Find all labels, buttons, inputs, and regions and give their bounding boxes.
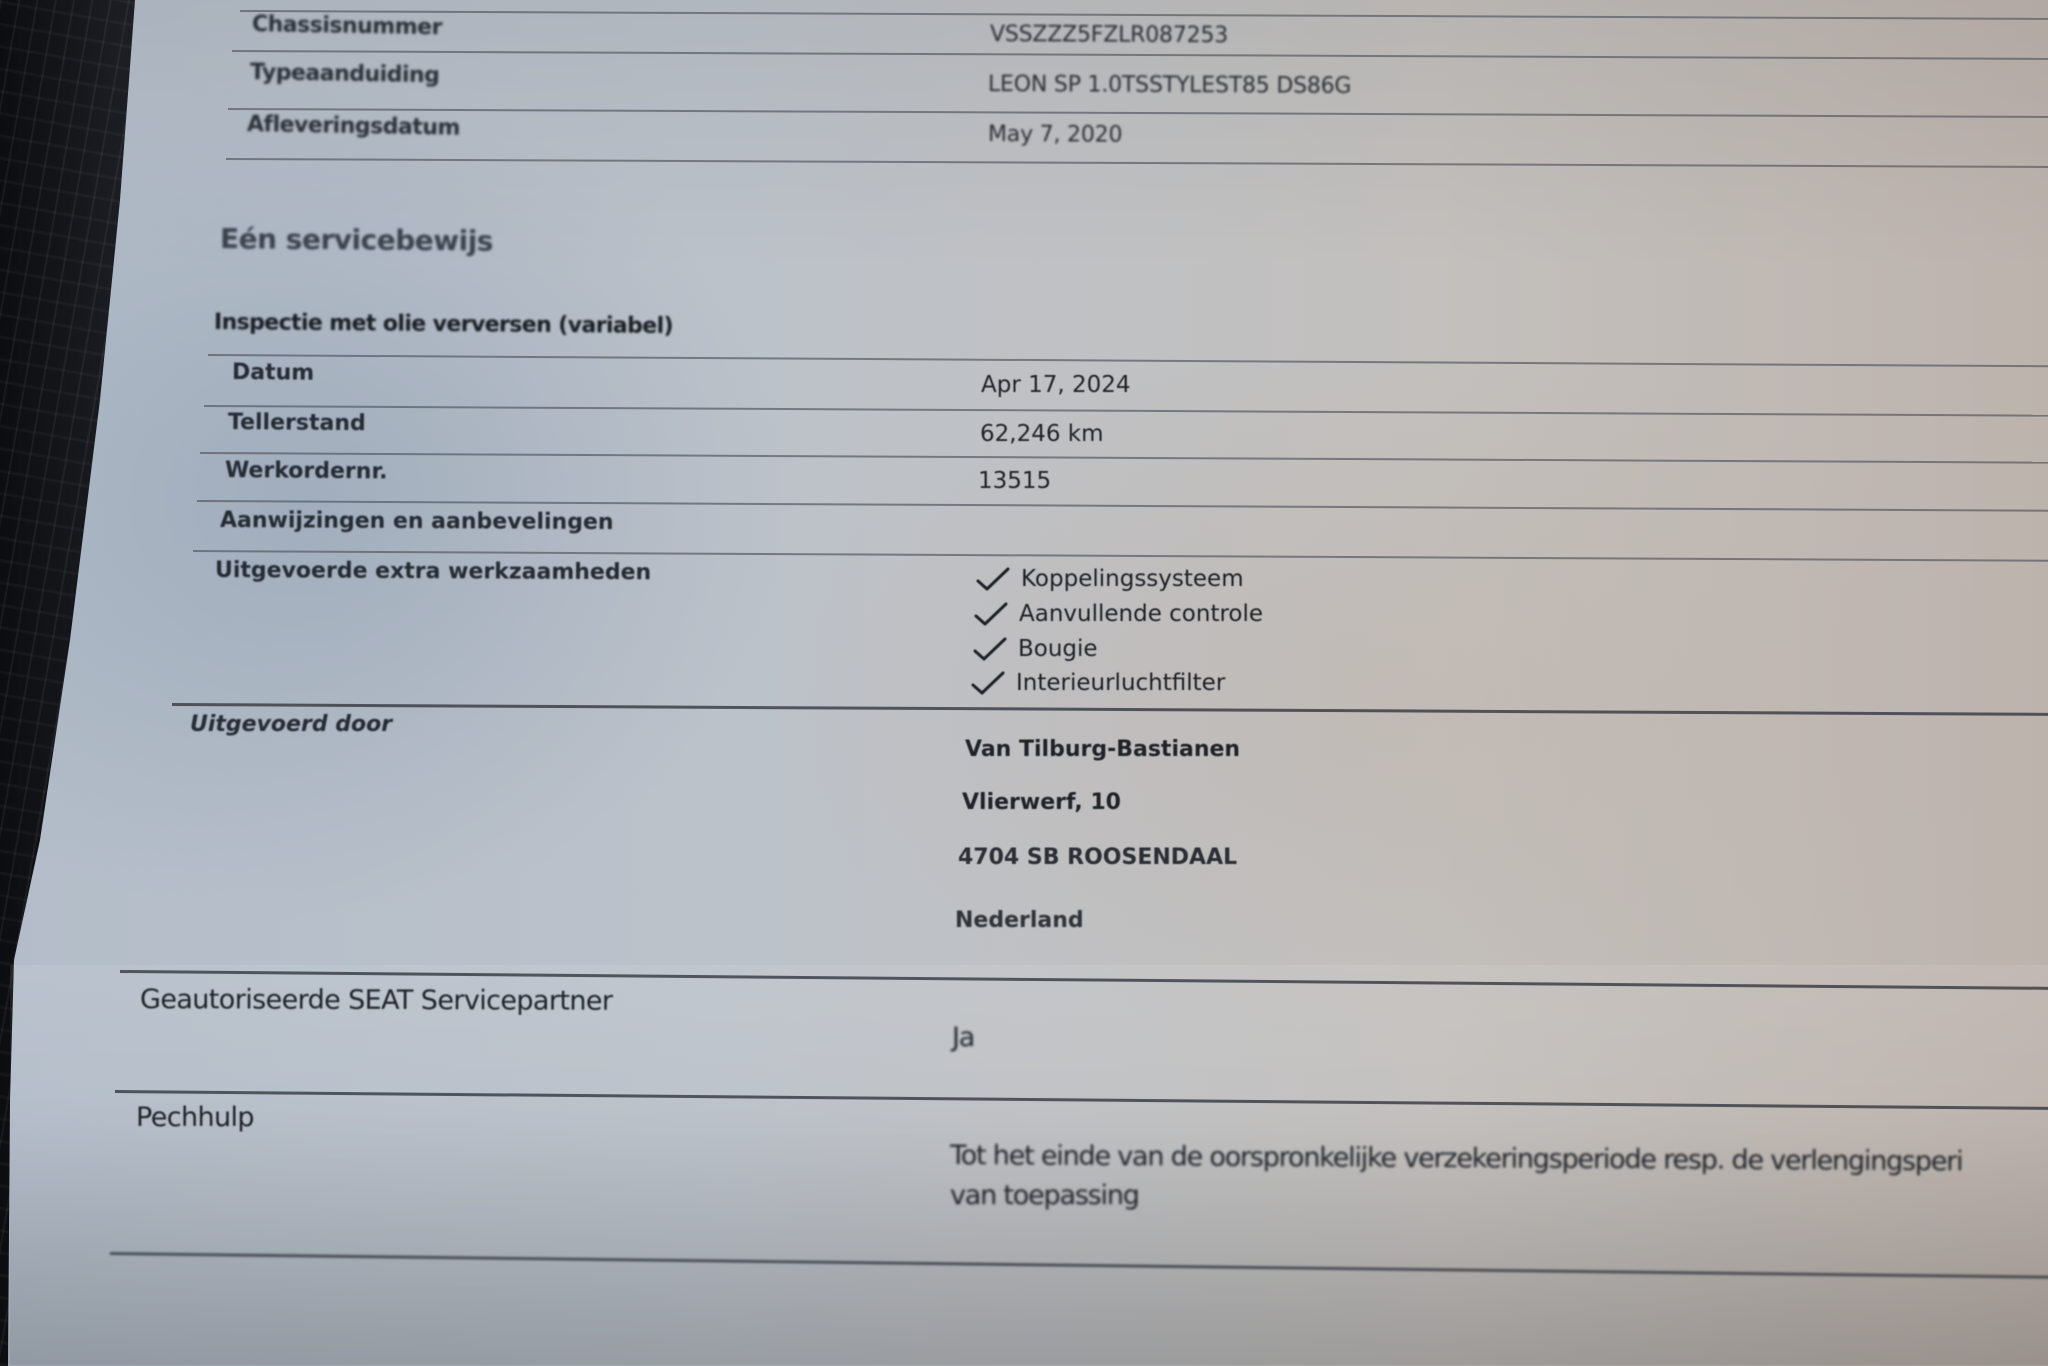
- chassis-number-label: Chassisnummer: [252, 12, 442, 40]
- work-order-value: 13515: [978, 468, 1051, 494]
- delivery-date-value: May 7, 2020: [988, 122, 1122, 148]
- table-rule: [240, 10, 2048, 20]
- extra-work-item-label: Interieurluchtfilter: [1016, 670, 1225, 696]
- section-rule: [110, 1252, 2048, 1279]
- dealer-street: Vlierwerf, 10: [962, 790, 1121, 815]
- odometer-label: Tellerstand: [228, 410, 366, 436]
- table-rule: [226, 158, 2048, 168]
- type-designation-value: LEON SP 1.0TSSTYLEST85 DS86G: [988, 72, 1351, 99]
- delivery-date-label: Afleveringsdatum: [247, 112, 460, 141]
- extra-work-item: Aanvullende controle: [973, 601, 1263, 627]
- extra-work-item: Interieurluchtfilter: [970, 670, 1225, 696]
- extra-work-item-label: Bougie: [1018, 636, 1098, 662]
- checkmark-icon: [975, 566, 1011, 592]
- type-designation-label: Typeaanduiding: [250, 60, 440, 88]
- roadside-assistance-value-line2: van toepassing: [950, 1180, 1139, 1211]
- section-rule: [172, 703, 2048, 716]
- date-label: Datum: [232, 360, 314, 386]
- table-rule: [232, 50, 2048, 60]
- dealer-city: 4704 SB ROOSENDAAL: [958, 845, 1237, 870]
- section-rule: [115, 1090, 2048, 1110]
- date-value: Apr 17, 2024: [981, 372, 1131, 398]
- instructions-label: Aanwijzingen en aanbevelingen: [220, 508, 614, 535]
- odometer-value: 62,246 km: [980, 421, 1104, 447]
- work-order-label: Werkordernr.: [225, 458, 388, 484]
- extra-work-item: Koppelingssysteem: [975, 566, 1244, 592]
- performed-by-label: Uitgevoerd door: [190, 712, 392, 737]
- extra-work-item-label: Koppelingssysteem: [1021, 566, 1244, 592]
- checkmark-icon: [973, 601, 1009, 627]
- extra-work-item: Bougie: [972, 636, 1098, 662]
- table-rule: [200, 452, 2048, 464]
- authorized-partner-label: Geautoriseerde SEAT Servicepartner: [140, 984, 612, 1017]
- roadside-assistance-label: Pechhulp: [136, 1102, 254, 1133]
- extra-work-item-label: Aanvullende controle: [1019, 601, 1263, 627]
- section-heading: Eén servicebewijs: [220, 222, 493, 257]
- chassis-number-value: VSSZZZ5FZLR087253: [990, 22, 1228, 48]
- dealer-country: Nederland: [955, 908, 1084, 933]
- document-content: Chassisnummer VSSZZZ5FZLR087253 Typeaand…: [0, 0, 2048, 1366]
- table-rule: [204, 405, 2048, 417]
- checkmark-icon: [970, 670, 1006, 696]
- extra-work-label: Uitgevoerde extra werkzaamheden: [215, 558, 651, 585]
- authorized-partner-value: Ja: [952, 1022, 974, 1053]
- dealer-name: Van Tilburg-Bastianen: [965, 737, 1240, 762]
- checkmark-icon: [972, 636, 1008, 662]
- table-rule: [228, 108, 2048, 118]
- inspection-title: Inspectie met olie verversen (variabel): [214, 310, 673, 339]
- roadside-assistance-value-line1: Tot het einde van de oorspronkelijke ver…: [950, 1140, 1963, 1177]
- table-rule: [208, 354, 2048, 367]
